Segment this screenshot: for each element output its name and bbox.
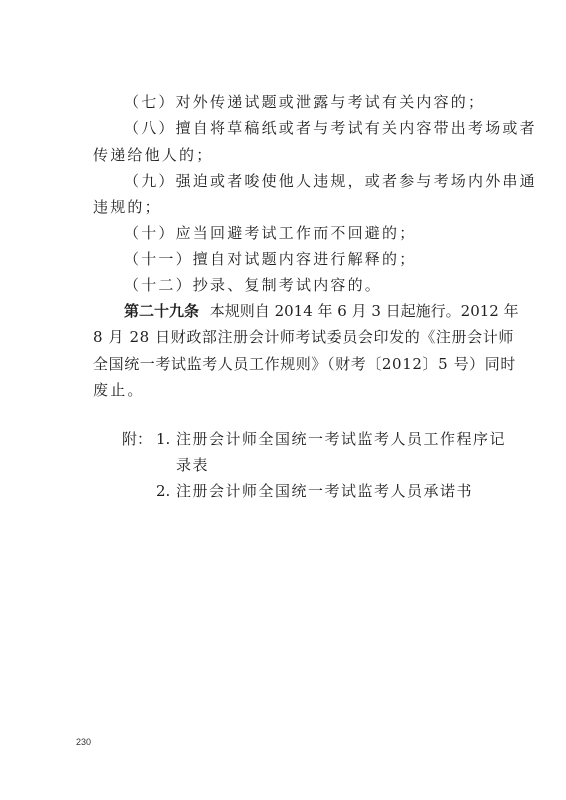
article-29-first-line: 第二十九条 本规则自 2014 年 6 月 3 日起施行。2012 年 — [124, 301, 519, 321]
list-item-11: （十一）擅自对试题内容进行解释的； — [124, 249, 416, 269]
list-item-8: （八）擅自将草稿纸或者与考试有关内容带出考场或者 — [124, 118, 537, 138]
attachment-1-title: 注册会计师全国统一考试监考人员工作程序记 — [176, 429, 506, 449]
attachment-2-title: 注册会计师全国统一考试监考人员承诺书 — [176, 481, 473, 501]
attachment-1-number: 1. — [156, 429, 170, 449]
article-text-line1: 本规则自 2014 年 6 月 3 日起施行。2012 年 — [210, 302, 519, 320]
list-item-8-continuation: 传递给他人的； — [93, 145, 213, 165]
list-item-12: （十二）抄录、复制考试内容的。 — [124, 275, 382, 295]
attachments-label: 附： — [122, 429, 152, 449]
list-item-10: （十）应当回避考试工作而不回避的； — [124, 223, 416, 243]
article-text-line4: 废止。 — [93, 380, 145, 400]
article-text-line2: 8 月 28 日财政部注册会计师考试委员会印发的《注册会计师 — [93, 327, 514, 347]
page-number: 230 — [76, 737, 91, 747]
article-heading: 第二十九条 — [124, 302, 199, 320]
document-page: （七）对外传递试题或泄露与考试有关内容的； （八）擅自将草稿纸或者与考试有关内容… — [0, 0, 566, 800]
list-item-9: （九）强迫或者唆使他人违规，或者参与考场内外串通 — [124, 171, 537, 191]
list-item-7: （七）对外传递试题或泄露与考试有关内容的； — [124, 92, 485, 112]
list-item-9-continuation: 违规的； — [93, 197, 162, 217]
article-text-line3: 全国统一考试监考人员工作规则》（财考〔2012〕5 号）同时 — [93, 354, 516, 374]
attachment-2-number: 2. — [156, 481, 170, 501]
attachment-1-title-continuation: 录表 — [176, 455, 209, 475]
